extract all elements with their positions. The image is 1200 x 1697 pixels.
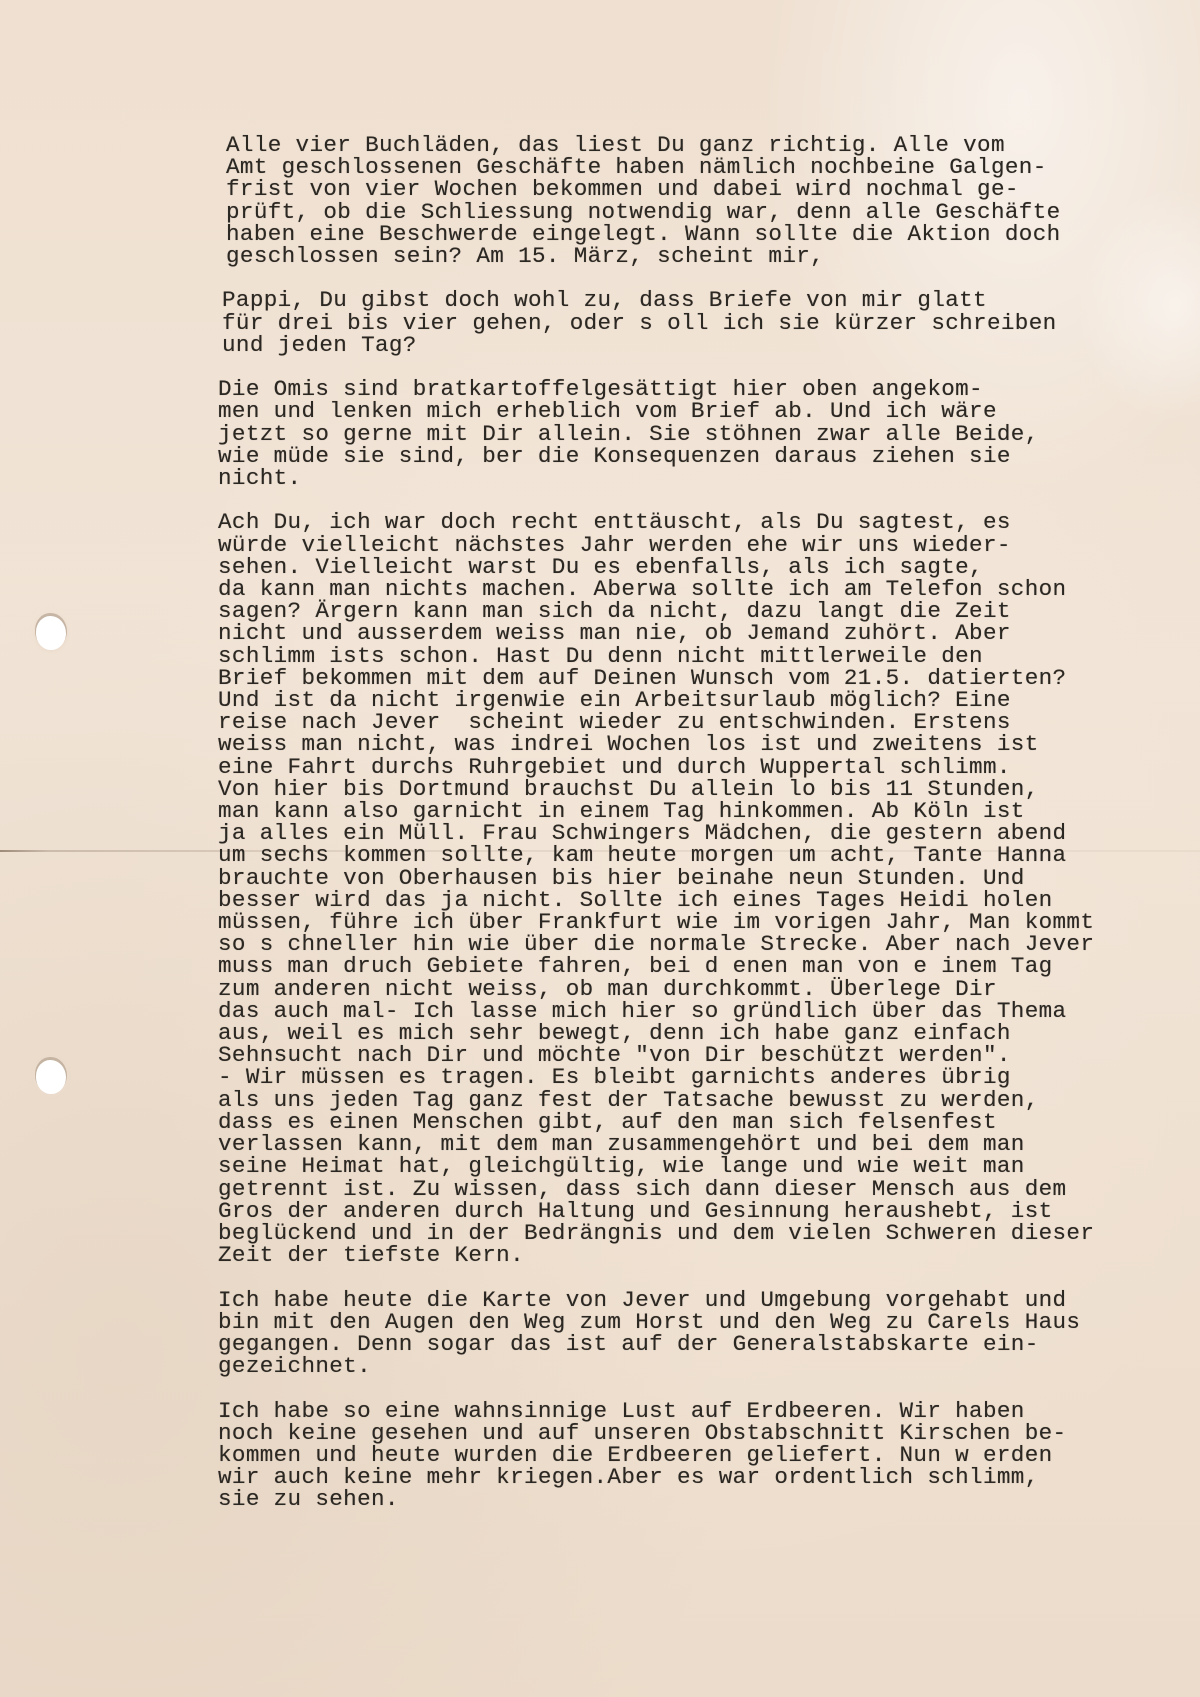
text-line: Ich habe heute die Karte von Jever und U… [218, 1289, 1138, 1311]
text-line: Zeit der tiefste Kern. [218, 1244, 1138, 1266]
text-line: Von hier bis Dortmund brauchst Du allein… [218, 778, 1138, 800]
text-line: verlassen kann, mit dem man zusammengehö… [218, 1133, 1138, 1155]
text-line: Ach Du, ich war doch recht enttäuscht, a… [218, 511, 1138, 533]
text-line: muss man druch Gebiete fahren, bei d ene… [218, 955, 1138, 977]
text-line: schlimm ists schon. Hast Du denn nicht m… [218, 645, 1138, 667]
text-line: men und lenken mich erheblich vom Brief … [218, 400, 1138, 422]
text-line: getrennt ist. Zu wissen, dass sich dann … [218, 1178, 1138, 1200]
text-line: nicht und ausserdem weiss man nie, ob Je… [218, 622, 1138, 644]
paragraph-pappi: Pappi, Du gibst doch wohl zu, dass Brief… [218, 289, 1138, 356]
paragraph-omis: Die Omis sind bratkartoffelgesättigt hie… [218, 378, 1138, 489]
text-line: noch keine gesehen und auf unseren Obsta… [218, 1422, 1138, 1444]
text-line: seine Heimat hat, gleichgültig, wie lang… [218, 1155, 1138, 1177]
text-line: um sechs kommen sollte, kam heute morgen… [218, 844, 1138, 866]
text-line: Amt geschlossenen Geschäfte haben nämlic… [226, 156, 1138, 178]
text-line: jetzt so gerne mit Dir allein. Sie stöhn… [218, 423, 1138, 445]
text-line: geschlossen sein? Am 15. März, scheint m… [226, 245, 1138, 267]
text-line: müssen, führe ich über Frankfurt wie im … [218, 911, 1138, 933]
letter-body: Alle vier Buchläden, das liest Du ganz r… [218, 134, 1138, 1533]
text-line: besser wird das ja nicht. Sollte ich ein… [218, 889, 1138, 911]
text-line: Die Omis sind bratkartoffelgesättigt hie… [218, 378, 1138, 400]
text-line: nicht. [218, 467, 1138, 489]
text-line: Ich habe so eine wahnsinnige Lust auf Er… [218, 1400, 1138, 1422]
text-line: dass es einen Menschen gibt, auf den man… [218, 1111, 1138, 1133]
text-line: Alle vier Buchläden, das liest Du ganz r… [226, 134, 1138, 156]
text-line: sehen. Vielleicht warst Du es ebenfalls,… [218, 556, 1138, 578]
text-line: beglückend und in der Bedrängnis und dem… [218, 1222, 1138, 1244]
text-line: Brief bekommen mit dem auf Deinen Wunsch… [218, 667, 1138, 689]
text-line: so s chneller hin wie über die normale S… [218, 933, 1138, 955]
text-line: ja alles ein Müll. Frau Schwingers Mädch… [218, 822, 1138, 844]
paragraph-disappointment: Ach Du, ich war doch recht enttäuscht, a… [218, 511, 1138, 1266]
text-line: kommen und heute wurden die Erdbeeren ge… [218, 1444, 1138, 1466]
paragraph-map-of-jever: Ich habe heute die Karte von Jever und U… [218, 1289, 1138, 1378]
text-line: und jeden Tag? [222, 334, 1138, 356]
text-line: Sehnsucht nach Dir und möchte "von Dir b… [218, 1044, 1138, 1066]
punch-hole-icon [36, 1060, 66, 1094]
text-line: zum anderen nicht weiss, ob man durchkom… [218, 978, 1138, 1000]
text-line: da kann man nichts machen. Aberwa sollte… [218, 578, 1138, 600]
text-line: Und ist da nicht irgenwie ein Arbeitsurl… [218, 689, 1138, 711]
text-line: aus, weil es mich sehr bewegt, denn ich … [218, 1022, 1138, 1044]
text-line: frist von vier Wochen bekommen und dabei… [226, 178, 1138, 200]
punch-hole-icon [36, 616, 66, 650]
text-line: bin mit den Augen den Weg zum Horst und … [218, 1311, 1138, 1333]
text-line: gezeichnet. [218, 1355, 1138, 1377]
text-line: reise nach Jever scheint wieder zu entsc… [218, 711, 1138, 733]
text-line: würde vielleicht nächstes Jahr werden eh… [218, 534, 1138, 556]
text-line: weiss man nicht, was indrei Wochen los i… [218, 733, 1138, 755]
paragraph-strawberries: Ich habe so eine wahnsinnige Lust auf Er… [218, 1400, 1138, 1511]
text-line: haben eine Beschwerde eingelegt. Wann so… [226, 223, 1138, 245]
text-line: - Wir müssen es tragen. Es bleibt garnic… [218, 1066, 1138, 1088]
text-line: für drei bis vier gehen, oder s oll ich … [222, 312, 1138, 334]
letter-page: Alle vier Buchläden, das liest Du ganz r… [0, 0, 1200, 1697]
text-line: man kann also garnicht in einem Tag hink… [218, 800, 1138, 822]
text-line: gegangen. Denn sogar das ist auf der Gen… [218, 1333, 1138, 1355]
text-line: sagen? Ärgern kann man sich da nicht, da… [218, 600, 1138, 622]
paragraph-bookshops: Alle vier Buchläden, das liest Du ganz r… [218, 134, 1138, 267]
text-line: brauchte von Oberhausen bis hier beinahe… [218, 867, 1138, 889]
text-line: wir auch keine mehr kriegen.Aber es war … [218, 1466, 1138, 1488]
text-line: prüft, ob die Schliessung notwendig war,… [226, 201, 1138, 223]
text-line: Pappi, Du gibst doch wohl zu, dass Brief… [222, 289, 1138, 311]
text-line: wie müde sie sind, ber die Konsequenzen … [218, 445, 1138, 467]
text-line: das auch mal- Ich lasse mich hier so grü… [218, 1000, 1138, 1022]
text-line: sie zu sehen. [218, 1488, 1138, 1510]
text-line: Gros der anderen durch Haltung und Gesin… [218, 1200, 1138, 1222]
text-line: eine Fahrt durchs Ruhrgebiet und durch W… [218, 756, 1138, 778]
text-line: als uns jeden Tag ganz fest der Tatsache… [218, 1089, 1138, 1111]
